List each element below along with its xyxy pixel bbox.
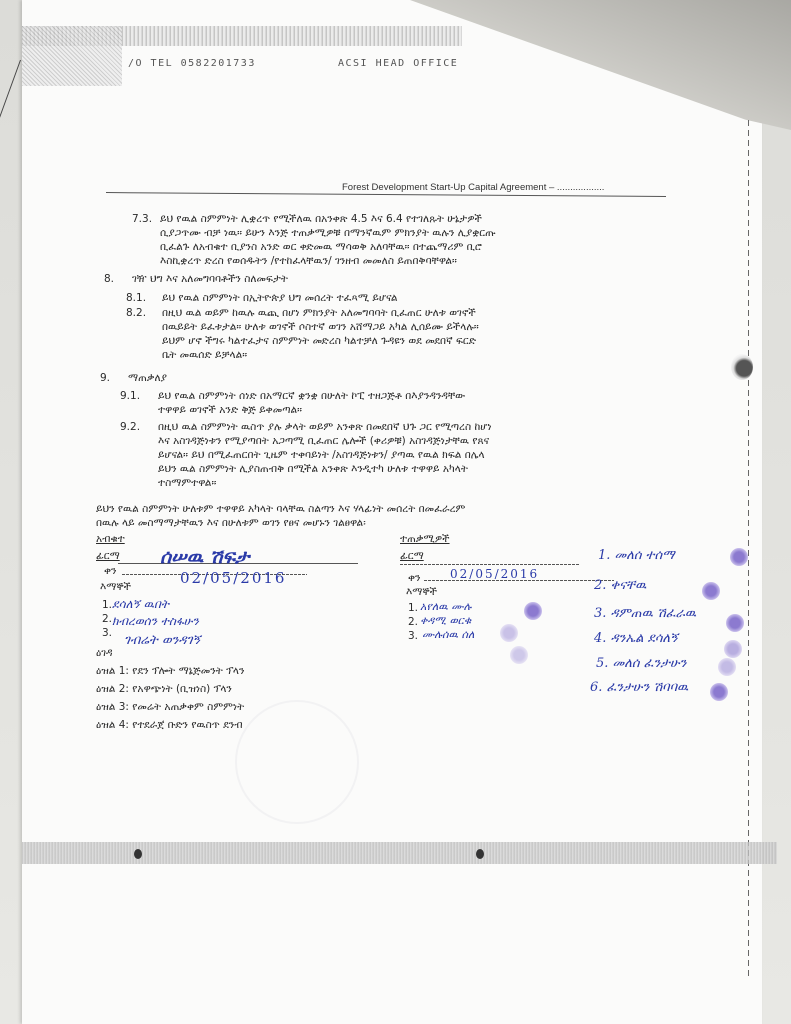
- thumbprint: [510, 646, 528, 664]
- right-witness-3: ሙሉሰዉ ሰለ: [422, 628, 474, 642]
- annex-list: ዕዝል 1: የደን ፕሎት ማኔጅመንት ፕላን ዕዝል 2: የአዋጭነት …: [96, 662, 244, 734]
- thumbprint: [500, 624, 518, 642]
- thumbprint: [702, 582, 720, 600]
- annex-3: ዕዝል 3: የመሬት አጠቃቀም ስምምነት: [96, 701, 244, 713]
- right-witness-2: ቀዳሚ ወርቁ: [420, 614, 471, 628]
- right-handwritten-date: 02/05/2016: [450, 567, 539, 581]
- annex-1: ዕዝል 1: የደን ፕሎት ማኔጅመንት ፕላን: [96, 665, 244, 677]
- left-signature-label: ፊርማ: [96, 549, 120, 563]
- left-date-label: ቀን: [104, 564, 117, 578]
- thumbprint: [730, 548, 748, 566]
- left-handwritten-date: 02/05/2016: [180, 569, 286, 587]
- faint-stamp: [235, 700, 359, 824]
- fax-header: /O TEL 0582201733 ACSI HEAD OFFICE: [128, 58, 256, 69]
- section-8-2: 8.2.በዚህ ዉል ወይም ከዉሉ ዉጪ በሆነ ምክንያት አለመግባባት …: [126, 306, 479, 362]
- section-7-3: 7.3.ይህ የዉል ስምምነት ሊቋረጥ የሚችለዉ በአንቀጽ 4.5 እና…: [132, 212, 496, 268]
- right-witnesses-label: እማኞች: [406, 585, 437, 599]
- left-witness-2: ክብረወሰን ተስፋሁን: [112, 614, 199, 629]
- left-handwritten-signature: ሰሠዉ ሽፍታ: [160, 546, 249, 568]
- section-8-heading: 8.ገዥ ህግ እና አለመግባባቶችን ስለመፍታት: [104, 272, 288, 286]
- annex-4: ዕዝል 4: የተደራጀ ቡድን የዉስጥ ደንብ: [96, 719, 243, 731]
- left-seal-label: ዕገዳ: [96, 646, 113, 660]
- beneficiary-1: 1. መለሰ ተሰማ: [598, 548, 675, 563]
- thumbprint: [724, 640, 742, 658]
- left-witness-1: ደሳለኝ ዉበት: [112, 597, 169, 612]
- punch-hole: [731, 354, 753, 380]
- left-witness-3: ገብሬት ወንዳገኝ: [124, 633, 200, 648]
- fax-tel: /O TEL 0582201733: [128, 58, 256, 69]
- left-witness-numbers: 1. 2. 3.: [102, 598, 112, 640]
- scan-speck: [476, 849, 484, 859]
- annex-2: ዕዝል 2: የአዋጭነት (ቢዝነስ) ፕላን: [96, 683, 232, 695]
- thumbprint: [710, 683, 728, 701]
- right-date-label: ቀን: [408, 571, 421, 585]
- beneficiary-4: 4. ዳንኤል ደሳለኝ: [594, 631, 678, 646]
- closing-statement: ይህን የዉል ስምምነት ሁለቱም ተዋዋይ አካላት ባላቸዉ ስልጣን እ…: [96, 502, 465, 530]
- left-party-label: አብቁተ: [96, 532, 125, 546]
- thumbprint: [718, 658, 736, 676]
- right-witness-numbers: 1. 2. 3.: [408, 601, 418, 643]
- right-signature-label: ፊርማ: [400, 549, 424, 563]
- thumbprint: [524, 602, 542, 620]
- right-signature-line: [400, 564, 580, 565]
- beneficiary-6: 6. ፈንታሁን ሽባባዉ: [590, 680, 688, 695]
- thumbprint: [726, 614, 744, 632]
- right-party-label: ተጠቃሚዎች: [400, 532, 450, 546]
- section-8-1: 8.1.ይህ የዉል ስምምነት በኢትዮጵያ ህግ መሰረት ተፈጻሚ ይሆና…: [126, 291, 398, 305]
- scan-speck: [134, 849, 142, 859]
- beneficiary-2: 2. ቀናቸዉ: [594, 578, 646, 593]
- left-witnesses-label: እማኞች: [100, 580, 131, 594]
- fax-office: ACSI HEAD OFFICE: [338, 58, 458, 69]
- right-witness-1: አየለዉ ሙሉ: [420, 600, 471, 614]
- section-9-2: 9.2.በዚህ ዉል ስምምነት ዉስጥ ያሉ ቃላት ወይም አንቀጽ በመደ…: [120, 420, 492, 490]
- beneficiary-5: 5. መለሰ ፈንታሁን: [596, 656, 686, 671]
- section-9-heading: 9.ማጠቃለያ: [100, 371, 167, 385]
- beneficiary-3: 3. ዳምጠዉ ሽፈራዉ: [594, 606, 696, 621]
- fax-noise-corner: [22, 26, 122, 86]
- document-title: Forest Development Start-Up Capital Agre…: [342, 182, 604, 193]
- section-9-1: 9.1.ይህ የዉል ስምምነት ሰነድ በአማርኛ ቋንቋ በሁለት ኮፒ ተ…: [120, 389, 465, 417]
